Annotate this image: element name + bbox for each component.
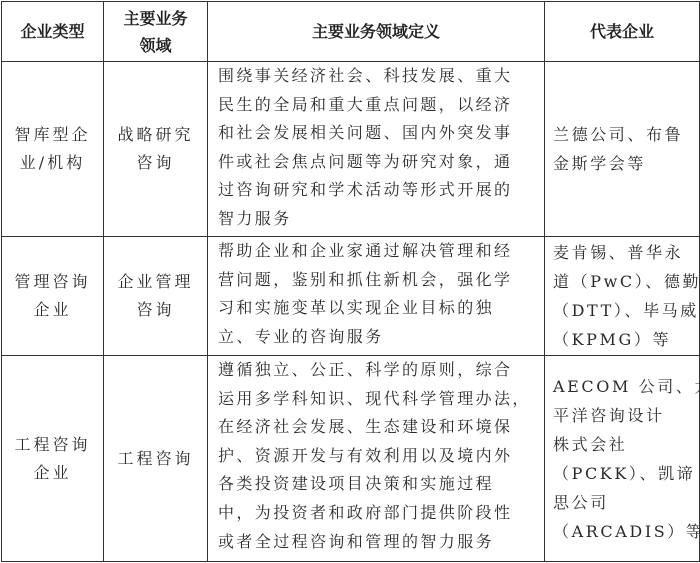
header-main-business-domain: 主要业务 领域 xyxy=(104,2,208,62)
enterprise-type-cell: 工程咨询 企业 xyxy=(2,356,104,562)
business-domain-cell: 企业管理 咨询 xyxy=(104,237,208,356)
definition-cell: 帮助企业和企业家通过解决管理和经 营问题，鉴别和抓住新机会，强化学 习和实施变革… xyxy=(208,237,545,356)
table-row: 管理咨询 企业 企业管理 咨询 帮助企业和企业家通过解决管理和经 营问题，鉴别和… xyxy=(2,237,700,356)
enterprise-type-cell: 管理咨询 企业 xyxy=(2,237,104,356)
definition-cell: 围绕事关经济社会、科技发展、重大 民生的全局和重大重点问题，以经济 和社会发展相… xyxy=(208,62,545,237)
header-enterprise-type: 企业类型 xyxy=(2,2,104,62)
representatives-cell: 麦肯锡、普华永 道（PwC）、德勤 （DTT）、毕马威 （KPMG）等 xyxy=(545,237,700,356)
header-domain-definition: 主要业务领域定义 xyxy=(208,2,545,62)
representatives-cell: AECOM 公司、太 平洋咨询设计 株式会社 （PCKK）、凯谛 思公司 （AR… xyxy=(545,356,700,562)
table-row: 工程咨询 企业 工程咨询 遵循独立、公正、科学的原则，综合 运用多学科知识、现代… xyxy=(2,356,700,562)
business-domain-cell: 战略研究 咨询 xyxy=(104,62,208,237)
header-row: 企业类型 主要业务 领域 主要业务领域定义 代表企业 xyxy=(2,2,700,62)
definition-cell: 遵循独立、公正、科学的原则，综合 运用多学科知识、现代科学管理办法， 在经济社会… xyxy=(208,356,545,562)
header-representative-enterprises: 代表企业 xyxy=(545,2,700,62)
enterprise-type-cell: 智库型企 业/机构 xyxy=(2,62,104,237)
table-row: 智库型企 业/机构 战略研究 咨询 围绕事关经济社会、科技发展、重大 民生的全局… xyxy=(2,62,700,237)
consulting-enterprise-types-table: 企业类型 主要业务 领域 主要业务领域定义 代表企业 智库型企 业/机构 战略研… xyxy=(1,1,700,562)
representatives-cell: 兰德公司、布鲁 金斯学会等 xyxy=(545,62,700,237)
business-domain-cell: 工程咨询 xyxy=(104,356,208,562)
